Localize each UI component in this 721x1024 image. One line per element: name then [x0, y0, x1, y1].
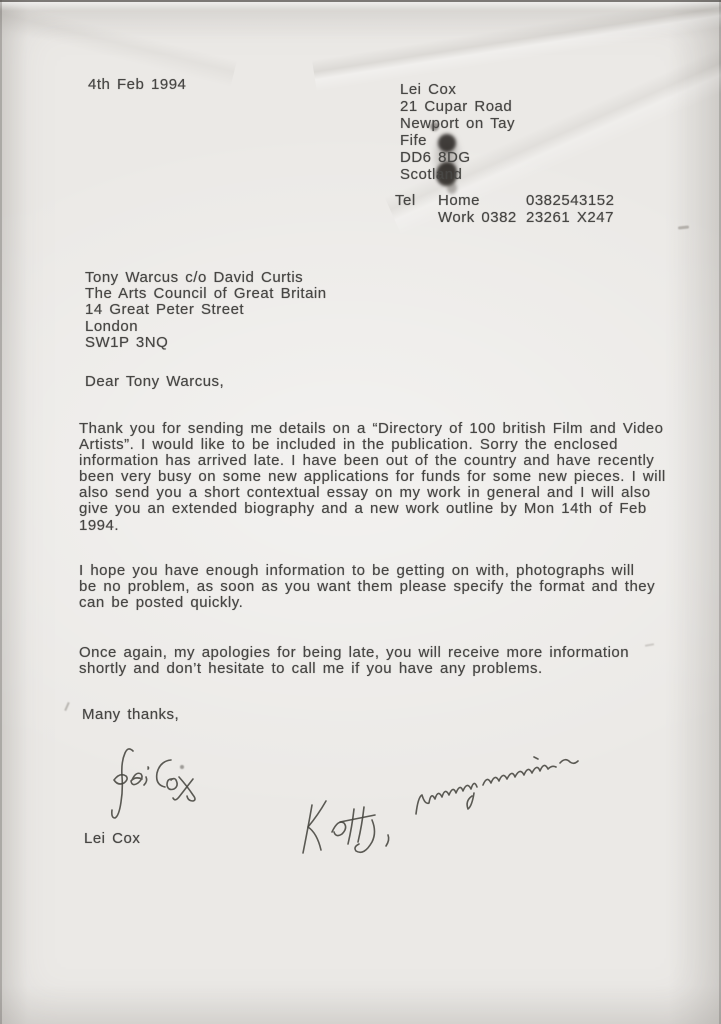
handwritten-note	[288, 748, 588, 863]
closing: Many thanks,	[82, 707, 179, 723]
letter-date: 4th Feb 1994	[88, 77, 186, 93]
tel-home-number: 0382543152	[526, 192, 614, 209]
body-paragraph-3: Once again, my apologies for being late,…	[79, 645, 719, 677]
lei-cox-signature-handwriting	[92, 740, 207, 828]
body-paragraph-2: I hope you have enough information to be…	[79, 563, 719, 611]
scan-smudge	[64, 702, 69, 711]
salutation: Dear Tony Warcus,	[85, 374, 224, 390]
paper-crease	[0, 0, 250, 125]
tel-block: Tel Home 0382543152 Work 0382 23261 X247	[395, 192, 614, 226]
tel-home-label: Home	[438, 192, 526, 209]
tel-work-number: 23261 X247	[526, 209, 614, 226]
tel-label: Tel	[395, 192, 438, 209]
letter-page: 4th Feb 1994 Lei Cox 21 Cupar Road Newpo…	[0, 0, 721, 1024]
scan-edge-left	[0, 0, 2, 1024]
tel-spacer	[395, 209, 438, 226]
recipient-address: Tony Warcus c/o David Curtis The Arts Co…	[85, 270, 327, 351]
sender-address: Lei Cox 21 Cupar Road Newport on Tay Fif…	[400, 81, 515, 183]
typed-name: Lei Cox	[84, 831, 140, 847]
body-paragraph-1: Thank you for sending me details on a “D…	[79, 421, 719, 534]
scan-edge-glow	[0, 2, 721, 11]
scan-smudge	[678, 225, 689, 229]
tel-work-label: Work 0382	[438, 209, 526, 226]
